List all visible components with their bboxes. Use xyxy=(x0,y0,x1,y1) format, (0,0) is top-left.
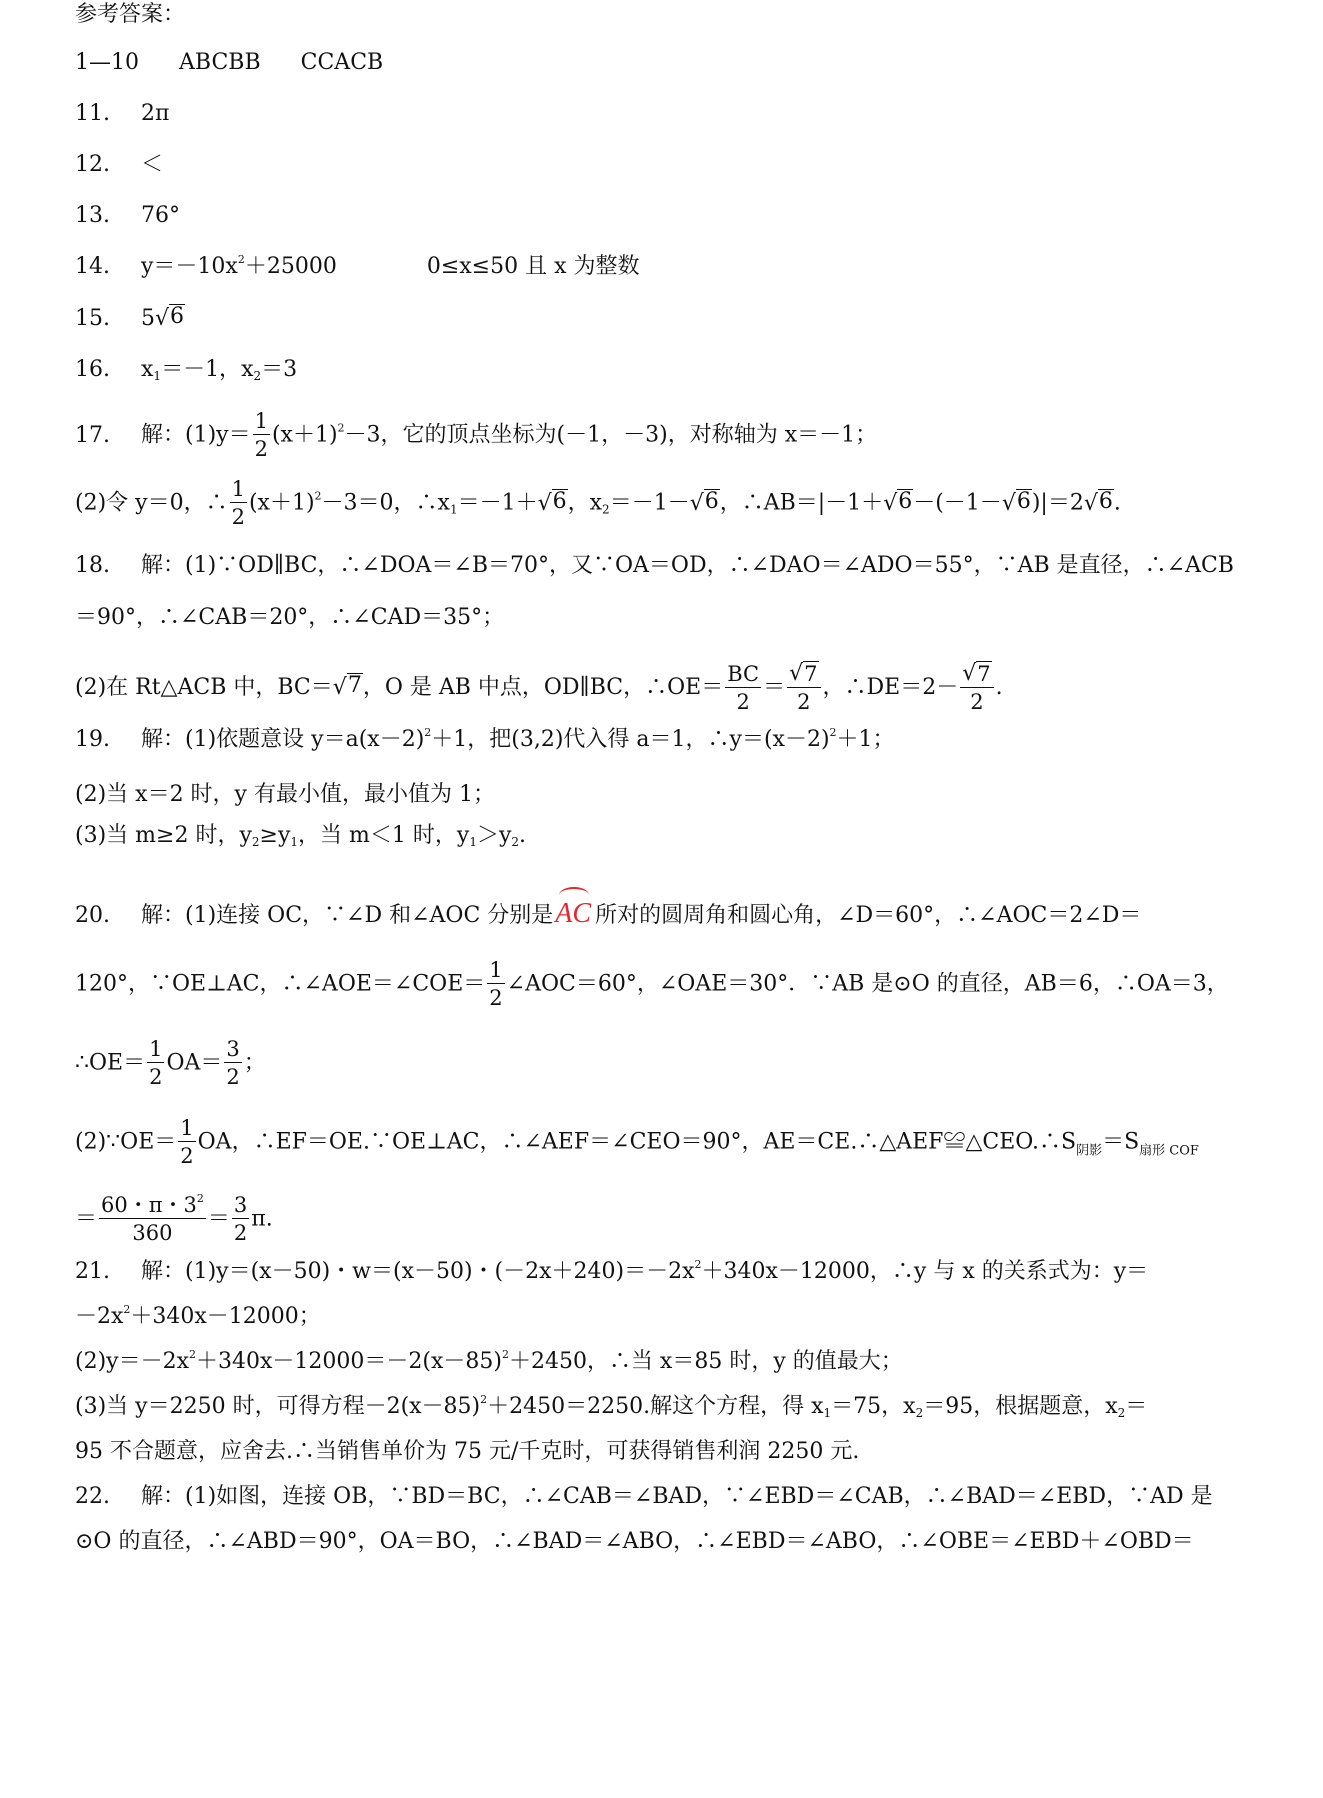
numerator: 60・π・32 xyxy=(99,1192,206,1219)
text: －2x xyxy=(75,1304,123,1329)
fraction: √72 xyxy=(787,660,820,716)
text: (2)在 Rt△ACB 中，BC＝ xyxy=(75,675,333,700)
denominator: 2 xyxy=(180,1142,193,1170)
text: ≥y xyxy=(260,823,291,848)
subscript: 1 xyxy=(450,503,458,517)
answer-20-line-1: 20.解：(1)连接 OC，∵∠D 和∠AOC 分别是AC所对的圆周角和圆心角，… xyxy=(75,899,1141,931)
question-number: 15. xyxy=(75,304,141,334)
fraction: 12 xyxy=(230,476,247,531)
answer-17-part-1: 17.解：(1)y＝12(x＋1)2－3，它的顶点坐标为(－1，－3)，对称轴为… xyxy=(75,408,877,463)
expression: ＋25000 xyxy=(245,254,337,279)
numerator: 1 xyxy=(253,408,270,435)
answer-21-line-3: (2)y＝－2x2＋340x－12000＝－2(x－85)2＋2450，∴当 x… xyxy=(75,1347,903,1377)
question-number: 13. xyxy=(75,201,141,231)
answer-value: 2π xyxy=(141,101,169,126)
variable: x xyxy=(141,357,153,382)
answer-21-line-5: 95 不合题意，应舍去.∴当销售单价为 75 元/千克时，可获得销售利润 225… xyxy=(75,1437,859,1467)
answer-21-line-1: 21.解：(1)y＝(x－50)・w＝(x－50)・(－2x＋240)＝－2x2… xyxy=(75,1257,1148,1287)
expression: y＝－10x xyxy=(141,254,238,279)
subscript: 2 xyxy=(602,503,610,517)
answer-21-line-4: (3)当 y＝2250 时，可得方程－2(x－85)2＋2450＝2250.解这… xyxy=(75,1392,1147,1422)
answer-12: 12.＜ xyxy=(75,150,163,180)
denominator: 2 xyxy=(255,435,268,463)
question-number: 20. xyxy=(75,901,141,931)
denominator: 2 xyxy=(489,984,502,1012)
sqrt-symbol: √7 xyxy=(789,661,818,687)
sqrt-symbol: √7 xyxy=(333,673,363,703)
answer-20-line-2: 120°，∵OE⊥AC，∴∠AOE＝∠COE＝12∠AOC＝60°，∠OAE＝3… xyxy=(75,957,1229,1012)
subscript: 1 xyxy=(153,369,161,383)
numerator: 3 xyxy=(232,1192,249,1219)
page-title: 参考答案： xyxy=(75,0,185,30)
text: ＞y xyxy=(477,823,511,848)
question-range: 1—10 xyxy=(75,50,139,75)
text: 120°，∵OE⊥AC，∴∠AOE＝∠COE＝ xyxy=(75,972,485,997)
text: ＋2450＝2250.解这个方程，得 x xyxy=(487,1394,823,1419)
text: 所对的圆周角和圆心角，∠D＝60°，∴∠AOC＝2∠D＝ xyxy=(595,903,1141,928)
question-number: 22. xyxy=(75,1482,141,1512)
text: ＝ xyxy=(208,1207,230,1232)
text: ＋340x－12000＝－2(x－85) xyxy=(196,1349,502,1374)
text: ，∴AB＝|－1＋ xyxy=(720,491,883,516)
answer-18-line-1: 18.解：(1)∵OD∥BC，∴∠DOA＝∠B＝70°，又∵OA＝OD，∴∠DA… xyxy=(75,551,1234,581)
denominator: 2 xyxy=(149,1063,162,1091)
text: ＝95，根据题意，x xyxy=(923,1394,1117,1419)
text: . xyxy=(996,675,1003,700)
domain-range: 0≤x≤50 且 x 为整数 xyxy=(427,254,640,279)
text: ，当 m＜1 时，y xyxy=(298,823,469,848)
answer-16: 16.x1＝－1，x2＝3 xyxy=(75,355,297,385)
text: ＋340x－12000； xyxy=(130,1304,320,1329)
sqrt-symbol: √6 xyxy=(155,304,185,334)
denominator: 2 xyxy=(234,1219,247,1247)
answers-group-2: CCACB xyxy=(301,50,384,75)
text: ＝ xyxy=(1125,1394,1147,1419)
text: 解：(1)连接 OC，∵∠D 和∠AOC 分别是 xyxy=(141,903,553,928)
text: (3)当 m≥2 时，y xyxy=(75,823,252,848)
text: (2)y＝－2x xyxy=(75,1349,189,1374)
answer-15: 15.5√6 xyxy=(75,304,185,334)
exponent: 2 xyxy=(315,490,322,503)
question-number: 14. xyxy=(75,252,141,282)
text: ； xyxy=(244,1051,266,1076)
text: 解：(1)y＝(x－50)・w＝(x－50)・(－2x＋240)＝－2x xyxy=(141,1259,695,1284)
arc-ac-symbol: AC xyxy=(555,899,591,929)
answer-17-part-2: (2)令 y＝0，∴12(x＋1)2－3＝0，∴x1＝－1＋√6，x2＝－1－√… xyxy=(75,476,1121,531)
fraction: 12 xyxy=(253,408,270,463)
fraction: 32 xyxy=(224,1036,241,1091)
exponent: 2 xyxy=(189,1348,196,1361)
text: ＝S xyxy=(1102,1130,1139,1155)
question-number: 21. xyxy=(75,1257,141,1287)
answer-20-line-5: ＝60・π・32360＝32π. xyxy=(75,1192,273,1247)
answer-19-line-3: (3)当 m≥2 时，y2≥y1，当 m＜1 时，y1＞y2. xyxy=(75,821,526,851)
question-number: 18. xyxy=(75,551,141,581)
answer-21-line-2: －2x2＋340x－12000； xyxy=(75,1302,321,1332)
question-number: 11. xyxy=(75,99,141,129)
text: (x＋1) xyxy=(249,491,315,516)
sqrt-symbol: √6 xyxy=(883,489,913,519)
subscript: 1 xyxy=(290,835,298,849)
denominator: 2 xyxy=(797,688,810,716)
fraction: 12 xyxy=(487,957,504,1012)
numerator: 1 xyxy=(230,476,247,503)
answer-22-line-1: 22.解：(1)如图，连接 OB，∵BD＝BC，∴∠CAB＝∠BAD，∵∠EBD… xyxy=(75,1482,1213,1512)
variable: x xyxy=(241,357,253,382)
denominator: 2 xyxy=(970,688,983,716)
fraction: BC2 xyxy=(725,661,761,716)
coefficient: 5 xyxy=(141,306,155,331)
answer-1-10: 1—10ABCBBCCACB xyxy=(75,48,383,78)
text: ＝ xyxy=(75,1207,97,1232)
text: ∴OE＝ xyxy=(75,1051,145,1076)
text: ＝－1＋ xyxy=(458,491,538,516)
text: 解：(1)y＝ xyxy=(141,423,251,448)
text: (2)∵OE＝ xyxy=(75,1130,176,1155)
denominator: 360 xyxy=(132,1219,172,1247)
text: . xyxy=(519,823,526,848)
fraction: 32 xyxy=(232,1192,249,1247)
fraction: √72 xyxy=(960,660,993,716)
question-number: 12. xyxy=(75,150,141,180)
subscript: 2 xyxy=(252,835,260,849)
numerator: √7 xyxy=(787,660,820,688)
text: 解：(1)∵OD∥BC，∴∠DOA＝∠B＝70°，又∵OA＝OD，∴∠DAO＝∠… xyxy=(141,553,1234,578)
text: ∠AOC＝60°，∠OAE＝30°．∵AB 是⊙O 的直径，AB＝6，∴OA＝3… xyxy=(507,972,1229,997)
text: . xyxy=(1114,491,1121,516)
text: (2)令 y＝0，∴ xyxy=(75,491,228,516)
text: )|＝2 xyxy=(1032,491,1084,516)
answer-value: 76° xyxy=(141,203,180,228)
text: OA，∴EF＝OE.∵OE⊥AC，∴∠AEF＝∠CEO＝90°，AE＝CE.∴△… xyxy=(198,1130,1076,1155)
answer-20-line-3: ∴OE＝12OA＝32； xyxy=(75,1036,266,1091)
text: ＝ xyxy=(763,675,785,700)
text: ＋340x－12000，∴y 与 x 的关系式为：y＝ xyxy=(702,1259,1149,1284)
denominator: 2 xyxy=(232,503,245,531)
question-number: 16. xyxy=(75,355,141,385)
answer-19-line-2: (2)当 x＝2 时，y 有最小值，最小值为 1； xyxy=(75,780,495,810)
text: (x＋1) xyxy=(272,423,338,448)
question-number: 17. xyxy=(75,421,141,451)
exponent: 2 xyxy=(197,1192,204,1205)
text: ，x xyxy=(568,491,602,516)
sqrt-symbol: √6 xyxy=(1084,489,1114,519)
numerator: 1 xyxy=(147,1036,164,1063)
subscript: 扇形 COF xyxy=(1139,1144,1199,1159)
exponent: 2 xyxy=(695,1258,702,1271)
denominator: 2 xyxy=(226,1063,239,1091)
subscript: 1 xyxy=(469,835,477,849)
numerator: 3 xyxy=(224,1036,241,1063)
text: －3＝0，∴x xyxy=(322,491,450,516)
subscript: 2 xyxy=(253,369,261,383)
sqrt-symbol: √7 xyxy=(962,661,991,687)
numerator: 1 xyxy=(178,1115,195,1142)
text: ＋2450，∴当 x＝85 时，y 的值最大； xyxy=(509,1349,903,1374)
text: (3)当 y＝2250 时，可得方程－2(x－85) xyxy=(75,1394,480,1419)
exponent: 2 xyxy=(830,726,837,739)
subscript: 阴影 xyxy=(1076,1144,1102,1159)
exponent: 2 xyxy=(502,1348,509,1361)
exponent: 2 xyxy=(238,253,245,266)
fraction: 60・π・32360 xyxy=(99,1192,206,1247)
numerator: BC xyxy=(725,661,761,688)
question-number: 19. xyxy=(75,725,141,755)
answers-group-1: ABCBB xyxy=(179,50,261,75)
fraction: 12 xyxy=(147,1036,164,1091)
answer-19-line-1: 19.解：(1)依题意设 y＝a(x－2)2＋1，把(3,2)代入得 a＝1，∴… xyxy=(75,725,895,755)
text: π. xyxy=(251,1207,272,1232)
answer-value: ＜ xyxy=(141,152,163,177)
answer-11: 11.2π xyxy=(75,99,169,129)
text: ＋1； xyxy=(837,727,895,752)
text: ＝－1－ xyxy=(610,491,690,516)
subscript: 1 xyxy=(824,1406,832,1420)
answer-18-line-2: ＝90°，∴∠CAB＝20°，∴∠CAD＝35°； xyxy=(75,603,504,633)
text: ＝75，x xyxy=(831,1394,915,1419)
text: ＋1，把(3,2)代入得 a＝1，∴y＝(x－2) xyxy=(431,727,829,752)
subscript: 2 xyxy=(511,835,519,849)
text: 解：(1)依题意设 y＝a(x－2) xyxy=(141,727,424,752)
answer-key-page: 参考答案： 1—10ABCBBCCACB 11.2π 12.＜ 13.76° 1… xyxy=(0,0,1323,1798)
answer-22-line-2: ⊙O 的直径，∴∠ABD＝90°，OA＝BO，∴∠BAD＝∠ABO，∴∠EBD＝… xyxy=(75,1527,1194,1557)
fraction: 12 xyxy=(178,1115,195,1170)
answer-18-line-3: (2)在 Rt△ACB 中，BC＝√7，O 是 AB 中点，OD∥BC，∴OE＝… xyxy=(75,660,1003,716)
text: ，∴DE＝2－ xyxy=(823,675,959,700)
text: OA＝ xyxy=(166,1051,222,1076)
text: ，O 是 AB 中点，OD∥BC，∴OE＝ xyxy=(363,675,723,700)
denominator: 2 xyxy=(736,688,749,716)
answer-13: 13.76° xyxy=(75,201,180,231)
text: 解：(1)如图，连接 OB，∵BD＝BC，∴∠CAB＝∠BAD，∵∠EBD＝∠C… xyxy=(141,1484,1213,1509)
answer-14: 14.y＝－10x2＋250000≤x≤50 且 x 为整数 xyxy=(75,252,640,282)
value: ＝3 xyxy=(261,357,297,382)
numerator: 1 xyxy=(487,957,504,984)
numerator: √7 xyxy=(960,660,993,688)
sqrt-symbol: √6 xyxy=(690,489,720,519)
text: －3，它的顶点坐标为(－1，－3)，对称轴为 x＝－1； xyxy=(345,423,878,448)
sqrt-symbol: √6 xyxy=(1002,489,1032,519)
text: －(－1－ xyxy=(913,491,1002,516)
sqrt-symbol: √6 xyxy=(538,489,568,519)
exponent: 2 xyxy=(338,422,345,435)
value: ＝－1， xyxy=(161,357,241,382)
answer-20-line-4: (2)∵OE＝12OA，∴EF＝OE.∵OE⊥AC，∴∠AEF＝∠CEO＝90°… xyxy=(75,1115,1199,1170)
